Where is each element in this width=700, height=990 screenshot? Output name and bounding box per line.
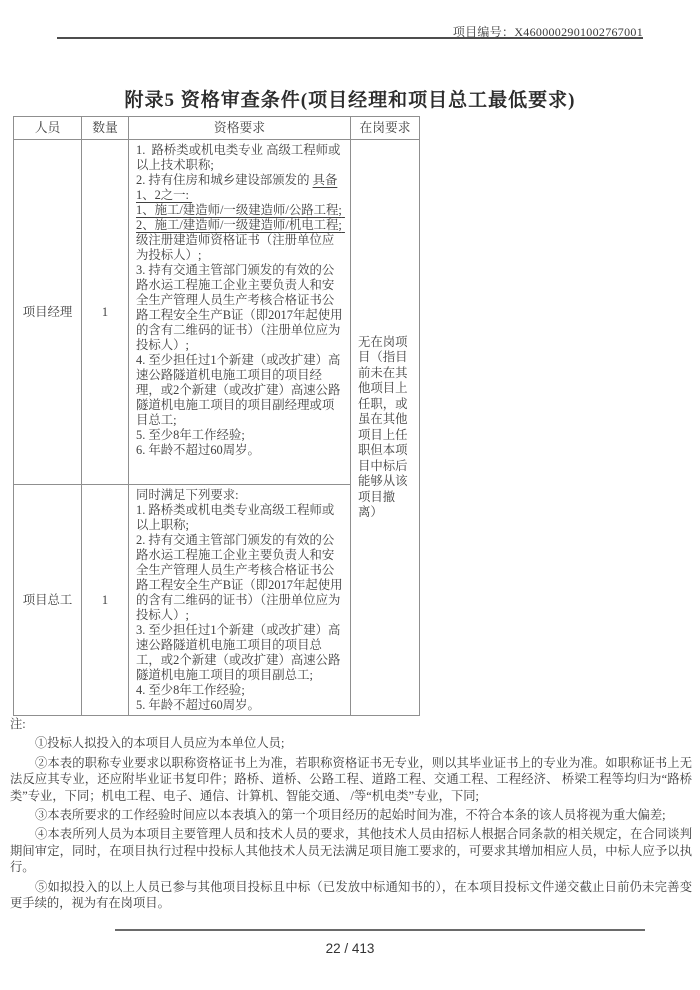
note-item: ①投标人拟投入的本项目人员应为本单位人员; <box>10 735 692 751</box>
qualification-table: 人员 数量 资格要求 在岗要求 项目经理 1 1. 路桥类或机电类专业 高级工程… <box>13 116 420 716</box>
quantity-cell: 1 <box>82 140 129 485</box>
requirement-item: 1. 路桥类或机电类专业 高级工程师或以上技术职称; <box>136 143 344 173</box>
requirements-cell: 1. 路桥类或机电类专业 高级工程师或以上技术职称;2. 持有住房和城乡建设部颁… <box>129 140 351 485</box>
requirement-item: 4. 至少担任过1个新建（或改扩建）高速公路隧道机电施工项目的项目经理，或2个新… <box>136 353 344 428</box>
column-header-onduty: 在岗要求 <box>351 117 420 140</box>
quantity-cell: 1 <box>82 485 129 716</box>
footer-rule <box>115 929 645 931</box>
note-item: ⑤如拟投入的以上人员已参与其他项目投标且中标（已发放中标通知书的），在本项目投标… <box>10 879 692 912</box>
requirement-item: 2. 持有交通主管部门颁发的有效的公路水运工程施工企业主要负责人和安全生产管理人… <box>136 533 344 623</box>
document-page: 项目编号：X4600002901002767001 附录5 资格审查条件(项目经… <box>0 0 700 990</box>
column-header-quantity: 数量 <box>82 117 129 140</box>
requirement-item: 3. 持有交通主管部门颁发的有效的公路水运工程施工企业主要负责人和安全生产管理人… <box>136 263 344 353</box>
table-row: 项目经理 1 1. 路桥类或机电类专业 高级工程师或以上技术职称;2. 持有住房… <box>14 140 420 485</box>
person-cell: 项目经理 <box>14 140 82 485</box>
requirement-item: 同时满足下列要求: <box>136 488 344 503</box>
requirement-item: 级注册建造师资格证书（注册单位应为投标人）; <box>136 233 344 263</box>
page-title: 附录5 资格审查条件(项目经理和项目总工最低要求) <box>0 85 700 112</box>
onduty-cell: 无在岗项目（指目前未在其他项目上任职，或虽在其他项目上任职但本项目中标后能够从该… <box>351 140 420 716</box>
requirement-item: 3. 至少担任过1个新建（或改扩建）高速公路隧道机电施工项目的项目总工，或2个新… <box>136 623 344 683</box>
column-header-person: 人员 <box>14 117 82 140</box>
note-item: ③本表所要求的工作经验时间应以本表填入的第一个项目经历的起始时间为准，不符合本条… <box>10 807 692 823</box>
requirement-item: 5. 年龄不超过60周岁。 <box>136 698 344 713</box>
note-item: ②本表的职称专业要求以职称资格证书上为准，若职称资格证书无专业，则以其毕业证书上… <box>10 755 692 804</box>
requirements-cell: 同时满足下列要求:1. 路桥类或机电类专业高级工程师或以上职称;2. 持有交通主… <box>129 485 351 716</box>
requirement-item: 6. 年龄不超过60周岁。 <box>136 443 344 458</box>
note-item: ④本表所列人员为本项目主要管理人员和技术人员的要求，其他技术人员由招标人根据合同… <box>10 826 692 875</box>
page-number: 22 / 413 <box>0 941 700 956</box>
requirement-item: 2. 持有住房和城乡建设部颁发的 具备1、2之一: <box>136 173 344 203</box>
notes-list: ①投标人拟投入的本项目人员应为本单位人员;②本表的职称专业要求以职称资格证书上为… <box>10 735 692 911</box>
header-rule <box>57 37 643 39</box>
notes-label: 注: <box>10 716 692 732</box>
table-header-row: 人员 数量 资格要求 在岗要求 <box>14 117 420 140</box>
notes-section: 注: ①投标人拟投入的本项目人员应为本单位人员;②本表的职称专业要求以职称资格证… <box>10 716 692 914</box>
column-header-requirements: 资格要求 <box>129 117 351 140</box>
requirement-item: 5. 至少8年工作经验; <box>136 428 344 443</box>
requirement-item: 1、施工/建造师/一级建造师/公路工程; <box>136 203 344 218</box>
person-cell: 项目总工 <box>14 485 82 716</box>
requirement-item: 1. 路桥类或机电类专业高级工程师或以上职称; <box>136 503 344 533</box>
requirement-item: 4. 至少8年工作经验; <box>136 683 344 698</box>
requirement-item: 2、施工/建造师/一级建造师/机电工程; <box>136 218 344 233</box>
